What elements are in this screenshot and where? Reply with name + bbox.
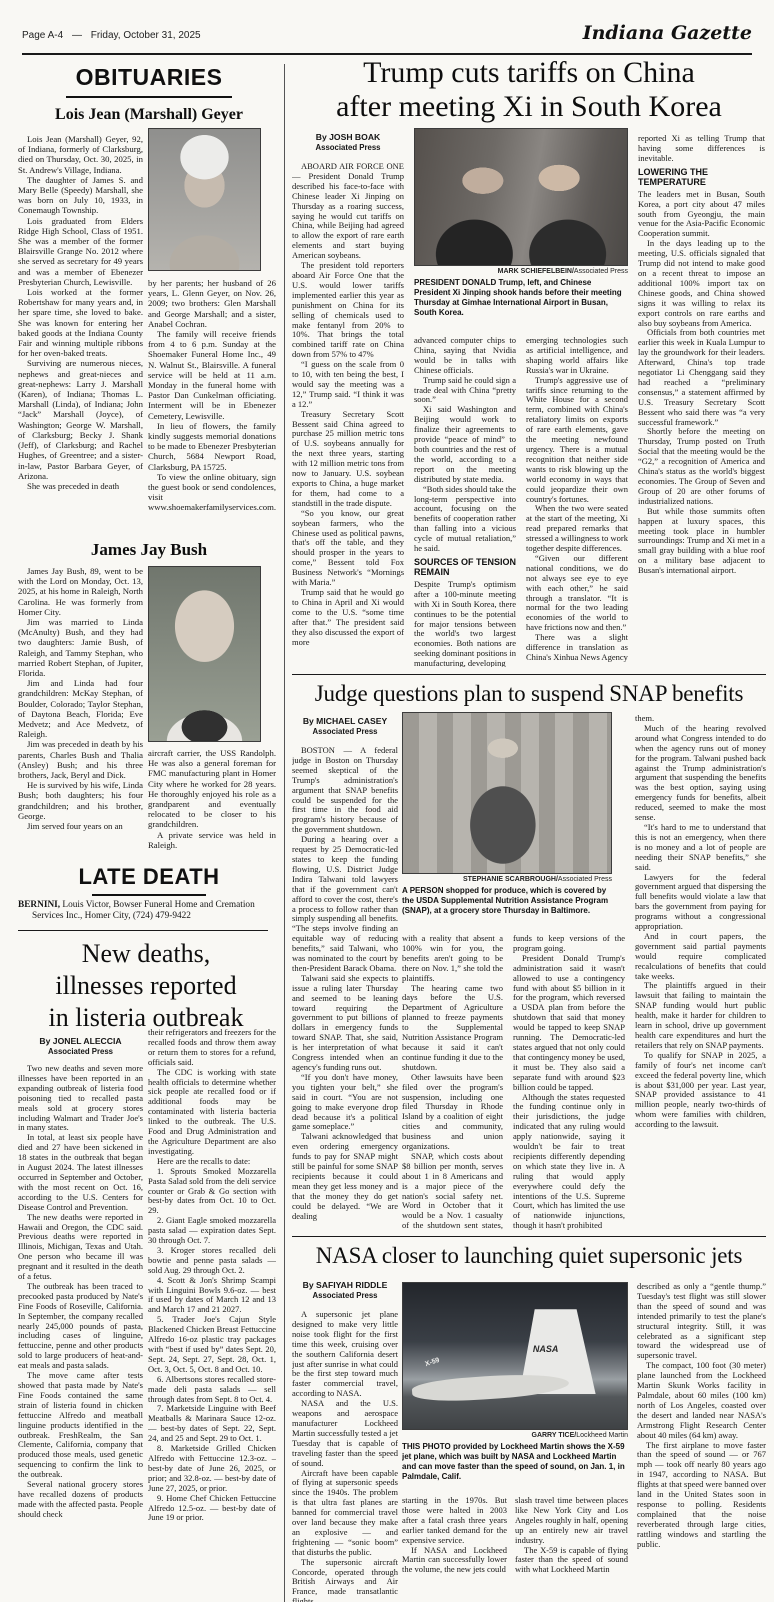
paragraph: with a reality that absent a 100% win fo… <box>402 934 503 984</box>
paragraph: Despite Trump's optimism after a 100-min… <box>414 580 516 667</box>
trump-photo-credit-name: MARK SCHIEFELBEIN/ <box>498 268 574 275</box>
trump-byline-org: Associated Press <box>292 143 404 152</box>
nasa-logo-label: NASA <box>533 1344 559 1354</box>
paragraph: ABOARD AIR FORCE ONE — President Donald … <box>292 162 404 261</box>
paragraph: President Donald Trump's administration … <box>513 954 625 1093</box>
nasa-byline-name: By SAFIYAH RIDDLE <box>292 1280 398 1290</box>
trump-headline-line-1: Trump cuts tariffs on China <box>290 56 768 90</box>
paragraph: 7. Marketside Linguine with Beef Meatbal… <box>148 1404 276 1444</box>
trump-column-4-bottom: The leaders met in Busan, South Korea, a… <box>638 190 765 576</box>
trump-photo-caption: PRESIDENT DONALD Trump, left, and Chines… <box>414 278 628 330</box>
listeria-headline-line-1: New deaths, <box>12 938 280 970</box>
paragraph: To qualify for SNAP in 2025, a family of… <box>635 1051 766 1130</box>
obituaries-section-title: OBITUARIES <box>18 64 280 91</box>
obituaries-title-rule <box>66 96 232 98</box>
paragraph: The daughter of James S. and Mary Belle … <box>18 175 143 216</box>
paragraph: their refrigerators and freezers for the… <box>148 1028 276 1068</box>
trump-subhead-lowering-temperature: LOWERING THE TEMPERATURE <box>638 167 765 188</box>
paragraph: BOSTON — A federal judge in Boston on Th… <box>292 746 398 835</box>
paragraph: Jim and Linda had four grandchildren: Mc… <box>18 678 143 739</box>
paragraph: If NASA and Lockheed Martin can successf… <box>402 1546 507 1576</box>
paragraph: The leaders met in Busan, South Korea, a… <box>638 190 765 240</box>
paragraph: The hearing came two days before the U.S… <box>402 984 503 1073</box>
paragraph: The CDC is working with state health off… <box>148 1068 276 1157</box>
listeria-column-2: their refrigerators and freezers for the… <box>148 1028 276 1602</box>
masthead: Indiana Gazette <box>583 22 752 44</box>
paragraph: Other lawsuits have been filed over the … <box>402 1073 503 1152</box>
trump-xi-handshake-photo <box>414 128 628 266</box>
late-death-title: LATE DEATH <box>18 864 280 890</box>
trump-column-3: emerging technologies such as artificial… <box>526 336 628 667</box>
paragraph: In lieu of flowers, the family kindly su… <box>148 421 276 472</box>
paragraph: The compact, 100 foot (30 meter) plane l… <box>637 1361 766 1440</box>
paragraph: Aircraft have been capable of flying at … <box>292 1469 398 1558</box>
snap-photo-credit: STEPHANIE SCARBROUGH/Associated Press <box>402 876 612 883</box>
paragraph: A supersonic jet plane designed to make … <box>292 1310 398 1399</box>
snap-photo-credit-name: STEPHANIE SCARBROUGH/ <box>463 876 558 883</box>
paragraph: funds to keep versions of the program go… <box>513 934 625 954</box>
page-date: Friday, October 31, 2025 <box>91 30 201 41</box>
nasa-photo-credit: GARRY TICE/Lockheed Martin <box>402 1432 628 1439</box>
paragraph: slash travel time between places like Ne… <box>515 1496 628 1546</box>
paragraph: Two new deaths and seven more illnesses … <box>18 1064 143 1133</box>
paragraph: The supersonic aircraft Concorde, operat… <box>292 1558 398 1602</box>
geyer-portrait-photo <box>148 128 261 271</box>
paragraph: by her parents; her husband of 26 years,… <box>148 278 276 329</box>
paragraph: But while those summits often happen at … <box>638 507 765 576</box>
page-number: Page A-4 <box>22 30 63 41</box>
bush-obituary-column-1: James Jay Bush, 89, went to be with the … <box>18 566 143 858</box>
late-death-entry: BERNINI, Louis Victor, Bowser Funeral Ho… <box>18 900 286 922</box>
snap-column-3: funds to keep versions of the program go… <box>513 934 625 1232</box>
nasa-photo-credit-name: GARRY TICE/ <box>532 1432 577 1439</box>
snap-column-1: BOSTON — A federal judge in Boston on Th… <box>292 746 398 1232</box>
bush-obituary-column-2: aircraft carrier, the USS Randolph. He w… <box>148 748 276 858</box>
newspaper-page: Page A-4 — Friday, October 31, 2025 Indi… <box>0 0 774 1602</box>
nasa-photo-caption: THIS PHOTO provided by Lockheed Martin s… <box>402 1442 628 1492</box>
trump-byline: By JOSH BOAK Associated Press <box>292 132 404 152</box>
trump-column-1: ABOARD AIR FORCE ONE — President Donald … <box>292 162 404 667</box>
paragraph: A private service was held in Raleigh. <box>148 830 276 850</box>
paragraph: In the days leading up to the meeting, U… <box>638 239 765 328</box>
paragraph: aircraft carrier, the USS Randolph. He w… <box>148 748 276 830</box>
paragraph: To view the online obituary, sign the gu… <box>148 472 276 513</box>
paragraph: Talwani acknowledged that even ordering … <box>292 1132 398 1221</box>
paragraph: “So you know, our great soybean farmers,… <box>292 509 404 588</box>
snap-photo-credit-org: Associated Press <box>558 876 612 883</box>
paragraph: Jim was preceded in death by his parents… <box>18 739 143 780</box>
paragraph: The new deaths were reported in Hawaii a… <box>18 1213 143 1282</box>
trump-column-2-bottom: Despite Trump's optimism after a 100-min… <box>414 580 516 667</box>
snap-byline-org: Associated Press <box>292 727 398 736</box>
paragraph: The family will receive friends from 4 t… <box>148 329 276 421</box>
trump-photo-credit-org: Associated Press <box>574 268 628 275</box>
geyer-obituary-column-1: Lois Jean (Marshall) Geyer, 92, of India… <box>18 134 143 536</box>
paragraph: 1. Sprouts Smoked Mozzarella Pasta Salad… <box>148 1167 276 1217</box>
paragraph: Xi said Washington and Beijing would wor… <box>414 405 516 484</box>
paragraph: Shortly before the meeting on Thursday, … <box>638 427 765 506</box>
trump-column-2: advanced computer chips to China, saying… <box>414 336 516 667</box>
nasa-column-2: starting in the 1970s. But those were ha… <box>402 1496 507 1602</box>
paragraph: Treasury Secretary Scott Bessent said Ch… <box>292 410 404 509</box>
paragraph: Lois worked at the former Robertshaw for… <box>18 287 143 358</box>
trump-byline-name: By JOSH BOAK <box>292 132 404 142</box>
paragraph: Officials from both countries met earlie… <box>638 328 765 427</box>
paragraph: Trump said he could sign a trade deal wi… <box>414 376 516 406</box>
paragraph: The outbreak has been traced to precooke… <box>18 1282 143 1371</box>
listeria-byline: By JONEL ALECCIA Associated Press <box>18 1036 143 1056</box>
paragraph: The first airplane to move faster than t… <box>637 1441 766 1550</box>
nasa-column-1: A supersonic jet plane designed to make … <box>292 1310 398 1602</box>
listeria-headline-line-2: illnesses reported <box>12 970 280 1002</box>
trump-column-4: reported Xi as telling Trump that having… <box>638 134 765 667</box>
snap-byline-name: By MICHAEL CASEY <box>292 716 398 726</box>
paragraph: NASA and the U.S. weapons and aerospace … <box>292 1399 398 1468</box>
paragraph: She was preceded in death <box>18 481 143 491</box>
paragraph: SNAP, which costs about $8 billion per m… <box>402 1152 503 1232</box>
trump-headline: Trump cuts tariffs on China after meetin… <box>290 56 768 124</box>
nasa-x59-photo: NASA X-59 <box>402 1282 628 1430</box>
snap-photo-caption: A PERSON shopped for produce, which is c… <box>402 886 612 928</box>
paragraph: When the two were seated at the start of… <box>526 504 628 554</box>
section-divider-vertical <box>284 64 285 1602</box>
paragraph: Trump's aggressive use of tariffs since … <box>526 376 628 505</box>
paragraph: The plaintiffs argued in their lawsuit t… <box>635 981 766 1050</box>
paragraph: described as only a “gentle thump.” Tues… <box>637 1282 766 1361</box>
snap-column-2: with a reality that absent a 100% win fo… <box>402 934 503 1232</box>
paragraph: Trump said that he would go to China in … <box>292 588 404 647</box>
paragraph: 9. Home Chef Chicken Fettuccine Alfredo … <box>148 1494 276 1524</box>
paragraph: James Jay Bush, 89, went to be with the … <box>18 566 143 617</box>
nasa-byline-org: Associated Press <box>292 1291 398 1300</box>
folio-separator: — <box>72 30 82 41</box>
paragraph: advanced computer chips to China, saying… <box>414 336 516 376</box>
trump-column-2-top: advanced computer chips to China, saying… <box>414 336 516 554</box>
paragraph: 2. Giant Eagle smoked mozzarella pasta s… <box>148 1216 276 1246</box>
paragraph: Jim was married to Linda (McAnulty) Bush… <box>18 617 143 678</box>
snap-column-4: them.Much of the hearing revolved around… <box>635 714 766 1232</box>
header-rule <box>22 53 752 55</box>
paragraph: “Both sides should take the long-term pe… <box>414 485 516 554</box>
paragraph: Although the states requested the fundin… <box>513 1093 625 1232</box>
paragraph: 6. Albertsons stores recalled store-made… <box>148 1375 276 1405</box>
paragraph: Lois Jean (Marshall) Geyer, 92, of India… <box>18 134 143 175</box>
paragraph: Surviving are numerous nieces, nephews a… <box>18 358 143 480</box>
snap-byline: By MICHAEL CASEY Associated Press <box>292 716 398 736</box>
paragraph: And in court papers, the government said… <box>635 932 766 982</box>
trump-snap-divider-rule <box>292 674 766 675</box>
late-death-detail: Louis Victor, Bowser Funeral Home and Cr… <box>32 900 255 921</box>
nasa-column-3: slash travel time between places like Ne… <box>515 1496 628 1602</box>
trump-headline-line-2: after meeting Xi in South Korea <box>290 90 768 124</box>
jet-body-shape <box>411 1371 569 1405</box>
paragraph: 3. Kroger stores recalled deli bowtie an… <box>148 1246 276 1276</box>
snap-headline: Judge questions plan to suspend SNAP ben… <box>290 680 768 707</box>
trump-column-4-top: reported Xi as telling Trump that having… <box>638 134 765 164</box>
paragraph: Talwani said she expects to issue a ruli… <box>292 974 398 1073</box>
x59-marking-label: X-59 <box>425 1357 441 1368</box>
paragraph: The president told reporters aboard Air … <box>292 261 404 360</box>
obituary-title-bush: James Jay Bush <box>18 540 280 560</box>
nasa-column-4: described as only a “gentle thump.” Tues… <box>637 1282 766 1602</box>
paragraph: reported Xi as telling Trump that having… <box>638 134 765 164</box>
paragraph: Several national grocery stores have rec… <box>18 1480 143 1520</box>
paragraph: emerging technologies such as artificial… <box>526 336 628 376</box>
paragraph: Jim served four years on an <box>18 821 143 831</box>
paragraph: Lawyers for the federal government argue… <box>635 873 766 932</box>
snap-grocery-photo <box>402 712 612 874</box>
paragraph: The X-59 is capable of flying faster tha… <box>515 1546 628 1576</box>
late-death-bottom-rule <box>18 930 268 931</box>
snap-nasa-divider-rule <box>292 1236 766 1237</box>
paragraph: “It's hard to me to understand that this… <box>635 823 766 873</box>
paragraph: There was a slight difference in transla… <box>526 633 628 663</box>
paragraph: He is survived by his wife, Linda Bush; … <box>18 780 143 821</box>
bush-portrait-photo <box>148 566 261 742</box>
listeria-byline-org: Associated Press <box>18 1047 143 1056</box>
paragraph: In total, at least six people have died … <box>18 1133 143 1212</box>
nasa-headline: NASA closer to launching quiet supersoni… <box>290 1242 768 1269</box>
obituary-title-geyer: Lois Jean (Marshall) Geyer <box>18 106 280 124</box>
paragraph: The move came after tests showed that pa… <box>18 1371 143 1480</box>
late-death-name: BERNINI, <box>18 900 60 910</box>
paragraph: starting in the 1970s. But those were ha… <box>402 1496 507 1546</box>
listeria-headline: New deaths, illnesses reported in lister… <box>12 938 280 1034</box>
page-folio: Page A-4 — Friday, October 31, 2025 <box>22 30 201 41</box>
listeria-byline-name: By JONEL ALECCIA <box>18 1036 143 1046</box>
paragraph: “Given our different national conditions… <box>526 554 628 633</box>
paragraph: Much of the hearing revolved around what… <box>635 724 766 823</box>
late-death-title-rule <box>92 894 206 896</box>
paragraph: During a hearing over a request by 25 De… <box>292 835 398 974</box>
nasa-photo-credit-org: Lockheed Martin <box>576 1432 628 1439</box>
nasa-byline: By SAFIYAH RIDDLE Associated Press <box>292 1280 398 1300</box>
paragraph: 4. Scott & Jon's Shrimp Scampi with Ling… <box>148 1276 276 1316</box>
paragraph: 8. Marketside Grilled Chicken Alfredo wi… <box>148 1444 276 1494</box>
trump-subhead-sources-of-tension: SOURCES OF TENSION REMAIN <box>414 557 516 578</box>
geyer-obituary-column-2: by her parents; her husband of 26 years,… <box>148 278 276 536</box>
trump-photo-credit: MARK SCHIEFELBEIN/Associated Press <box>414 268 628 275</box>
paragraph: “If you don't have money, you tighten yo… <box>292 1073 398 1132</box>
paragraph: 5. Trader Joe's Cajun Style Blackened Ch… <box>148 1315 276 1374</box>
paragraph: Lois graduated from Elders Ridge High Sc… <box>18 216 143 287</box>
paragraph: “I guess on the scale from 0 to 10, with… <box>292 360 404 410</box>
listeria-column-1: Two new deaths and seven more illnesses … <box>18 1064 143 1602</box>
